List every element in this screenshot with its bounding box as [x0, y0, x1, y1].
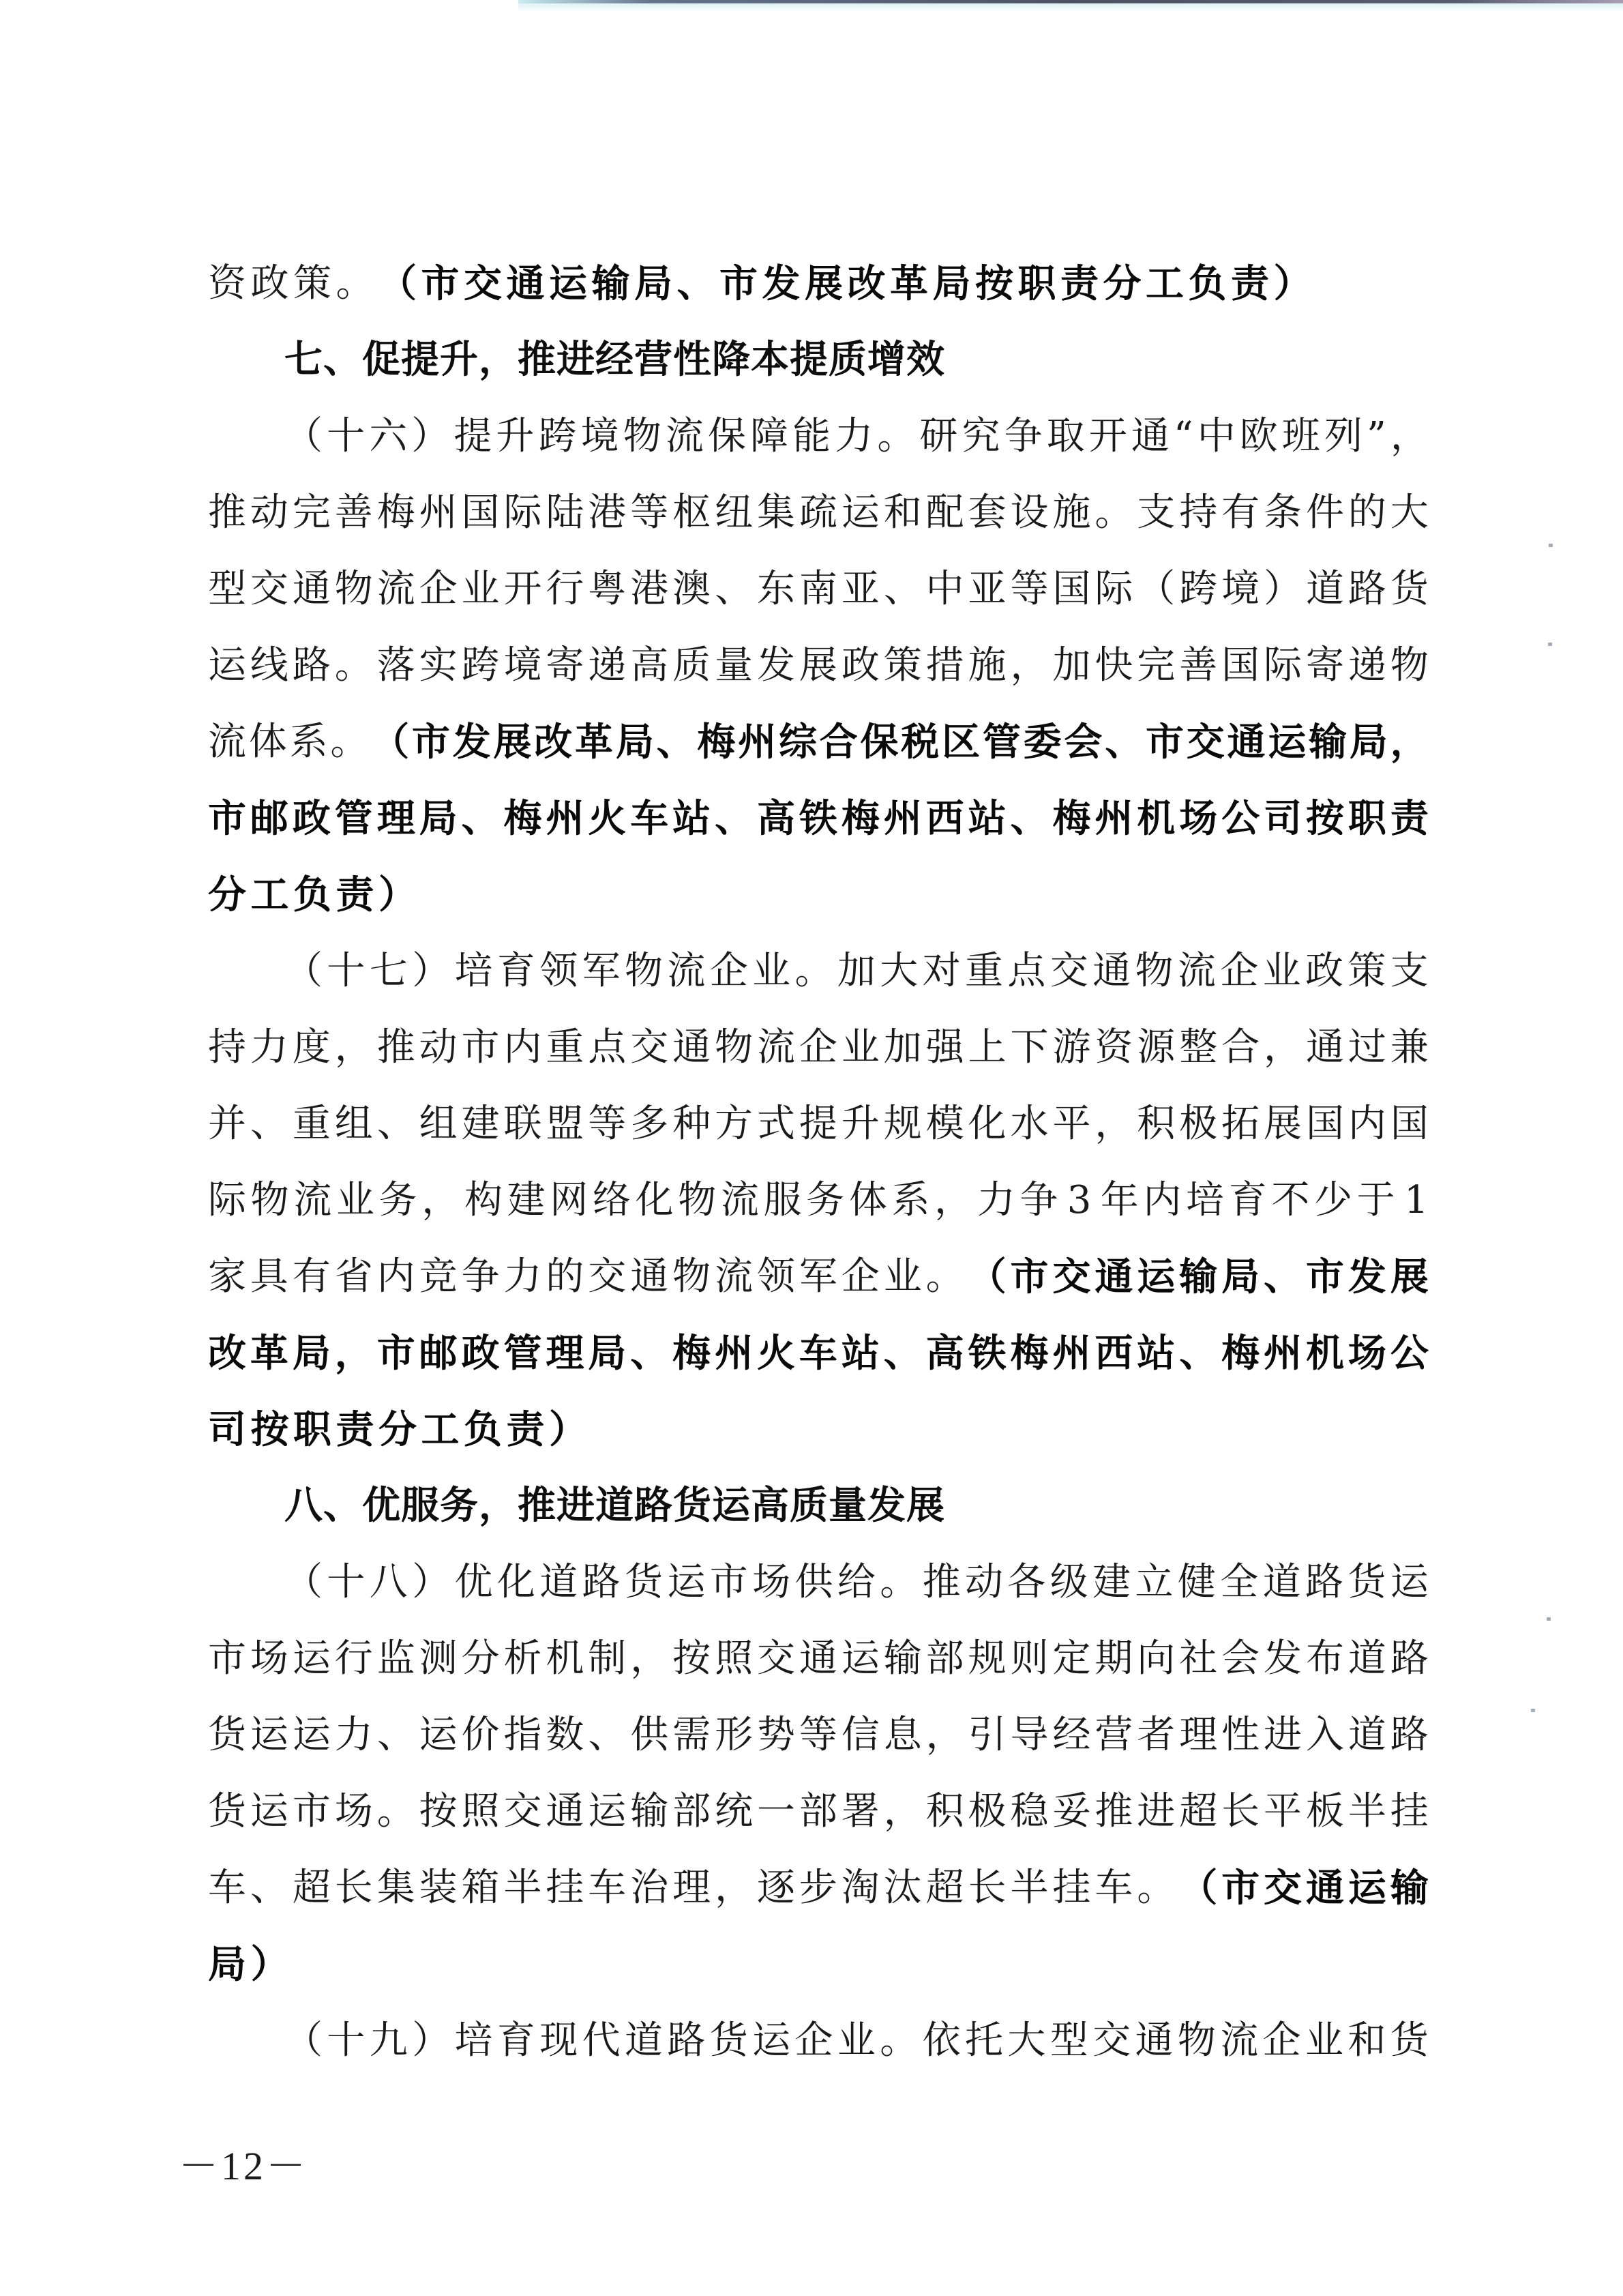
body-text: 对	[923, 933, 961, 1010]
responsible-departments-note: 通	[1227, 704, 1266, 780]
body-text: 内	[1143, 1162, 1181, 1239]
body-text: 陆	[546, 475, 584, 551]
body-text: 培	[455, 933, 493, 1010]
body-text: 寄	[1306, 628, 1344, 704]
body-text: 集	[377, 1850, 415, 1926]
responsible-departments-note: 铁	[968, 1315, 1007, 1392]
body-text: 入	[1306, 1697, 1344, 1773]
responsible-departments-note: （市交通运输局、市发展改革局按职责分工负责）	[378, 246, 1316, 322]
body-text: 超	[926, 1850, 964, 1926]
body-text: 组	[335, 1086, 373, 1162]
responsible-departments-note: 站	[968, 780, 1007, 857]
responsible-departments-note: 展	[493, 704, 531, 780]
body-text: 模	[926, 1086, 964, 1162]
body-text: 跨	[1179, 551, 1217, 628]
body-text: 指	[503, 1697, 541, 1773]
body-text: 、	[884, 551, 922, 628]
body-text: 逐	[757, 1850, 795, 1926]
responsible-departments-note: 政	[462, 1315, 500, 1392]
body-text: 拓	[1221, 1086, 1260, 1162]
body-text: 欧	[1240, 398, 1278, 475]
body-text: 给	[837, 1544, 876, 1621]
body-text: ）	[411, 398, 449, 475]
body-text: 布	[1306, 1621, 1344, 1697]
body-text: 推	[1095, 1773, 1133, 1850]
scan-speck	[1547, 1617, 1551, 1621]
body-text: 信	[842, 1697, 880, 1773]
body-text: 联	[503, 1086, 541, 1162]
body-text: 场	[250, 1621, 288, 1697]
body-text: 等	[588, 1086, 626, 1162]
paragraph-line: 家具有省内竞争力的交通物流领军企业。（市交通运输局、市发展	[208, 1239, 1429, 1315]
page-number: －12－	[179, 2134, 308, 2191]
body-text: 一	[757, 1773, 795, 1850]
body-text: 长	[335, 1850, 373, 1926]
body-text: 七	[370, 933, 408, 1010]
body-text: 全	[1220, 1544, 1258, 1621]
body-text: 提	[799, 1086, 837, 1162]
responsible-departments-note: 铁	[799, 780, 837, 857]
body-text: 套	[968, 475, 1007, 551]
body-text: 点	[1007, 933, 1045, 1010]
body-text: 企	[1220, 933, 1258, 1010]
responsible-departments-note: 局	[1350, 704, 1388, 780]
body-text: 运	[250, 1697, 288, 1773]
body-text: 争	[1004, 398, 1043, 475]
body-text: 的	[546, 1239, 584, 1315]
body-text: 企	[710, 933, 748, 1010]
body-text: 国	[1306, 1086, 1344, 1162]
body-text: 组	[419, 1086, 458, 1162]
body-text: 、	[377, 1086, 415, 1162]
body-text: 军	[799, 1239, 837, 1315]
body-text: 和	[884, 475, 922, 551]
body-text: 领	[539, 933, 578, 1010]
responsible-departments-note: 场	[1348, 1315, 1386, 1392]
body-text: 测	[419, 1621, 458, 1697]
responsible-departments-note: 、	[1264, 1239, 1302, 1315]
body-text: 兼	[1390, 1010, 1429, 1086]
body-text: ，	[335, 1010, 373, 1086]
responsible-departments-note: 改	[534, 704, 572, 780]
body-text: 通	[672, 1010, 711, 1086]
body-text: 流	[667, 933, 705, 1010]
body-text: 依	[923, 2003, 961, 2079]
body-text: 争	[462, 1239, 500, 1315]
responsible-departments-note: 市	[412, 704, 450, 780]
body-text: 下	[1011, 1010, 1049, 1086]
body-text: 盟	[546, 1086, 584, 1162]
body-text: 化	[636, 1162, 674, 1239]
body-text: 。	[377, 1773, 415, 1850]
body-text: 托	[965, 2003, 1003, 2079]
body-text: 代	[582, 2003, 621, 2079]
body-text: 市	[208, 1621, 246, 1697]
body-text: 流	[377, 551, 415, 628]
body-text: 监	[377, 1621, 415, 1697]
paragraph-line: 推动完善梅州国际陆港等枢纽集疏运和配套设施。支持有条件的大	[208, 475, 1429, 551]
body-text: 策	[1347, 933, 1386, 1010]
body-text: 量	[715, 628, 753, 704]
responsible-departments-note: 州	[546, 780, 584, 857]
responsible-departments-note: 梅	[672, 1315, 711, 1392]
body-text: 交	[1092, 2003, 1131, 2079]
responsible-departments-note: 职	[1348, 780, 1386, 857]
body-text: 十	[327, 933, 365, 1010]
body-text: 推	[923, 1544, 961, 1621]
body-text: 汰	[884, 1850, 922, 1926]
body-text: 极	[1179, 1086, 1217, 1162]
responsible-departments-note: 管	[335, 780, 373, 857]
body-text: 快	[1095, 628, 1133, 704]
body-text: 输	[630, 1773, 668, 1850]
body-text: 统	[715, 1773, 753, 1850]
responsible-departments-note: 展	[1390, 1239, 1429, 1315]
body-text: 行	[335, 1621, 373, 1697]
body-text: 完	[1137, 628, 1175, 704]
body-text: 进	[1137, 1773, 1175, 1850]
body-text: 有	[293, 1239, 331, 1315]
body-text: 亚	[842, 551, 880, 628]
body-text: 善	[1179, 628, 1217, 704]
responsible-departments-note: 输	[1309, 704, 1347, 780]
responsible-departments-note: 站	[672, 780, 711, 857]
body-text: 竞	[419, 1239, 458, 1315]
responsible-departments-note: 公	[1221, 780, 1260, 857]
body-text: 方	[715, 1086, 753, 1162]
responsible-departments-note: 输	[1179, 1239, 1217, 1315]
body-text: 并	[208, 1086, 246, 1162]
body-text: 力	[335, 1697, 373, 1773]
body-text: 通	[293, 551, 331, 628]
body-text: 疏	[799, 475, 837, 551]
body-text: 行	[546, 551, 584, 628]
body-text: 强	[926, 1010, 964, 1086]
body-text: 货	[208, 1697, 246, 1773]
responsible-departments-note: 局	[293, 1315, 331, 1392]
body-text: 货	[1347, 1544, 1386, 1621]
body-text: 部	[672, 1773, 711, 1850]
body-text: 发	[1264, 1621, 1302, 1697]
paragraph-line: 运线路。落实跨境寄递高质量发展政策措施，加快完善国际寄递物	[208, 628, 1429, 704]
body-text: 超	[1179, 1773, 1217, 1850]
body-text: 按	[672, 1621, 711, 1697]
body-text: 系	[892, 1162, 930, 1239]
body-text: 式	[757, 1086, 795, 1162]
responsible-departments-note: 、	[715, 780, 753, 857]
responsible-departments-note: 司	[1264, 780, 1302, 857]
body-text: 多	[630, 1086, 668, 1162]
body-text: 上	[968, 1010, 1007, 1086]
body-text: 资	[1095, 1010, 1133, 1086]
body-text: 开	[1089, 398, 1127, 475]
body-text: 持	[1179, 475, 1217, 551]
body-text: 障	[750, 398, 788, 475]
body-text: 寄	[546, 628, 584, 704]
body-text: 长	[968, 1850, 1007, 1926]
body-text: 道	[1348, 1697, 1386, 1773]
body-text: 业	[336, 1162, 374, 1239]
responsible-departments-note: 委	[1024, 704, 1062, 780]
body-text: 建	[507, 1162, 546, 1239]
body-text: 路	[1390, 1621, 1429, 1697]
body-text: 。	[330, 704, 368, 780]
body-text: ）	[412, 933, 450, 1010]
responsible-departments-note: 司按职责分工负责）	[208, 1392, 592, 1468]
body-text: 水	[1011, 1086, 1049, 1162]
body-text: 展	[799, 628, 837, 704]
body-text: 半	[503, 1850, 541, 1926]
body-text: 家	[208, 1239, 246, 1315]
body-text: 期	[1095, 1621, 1133, 1697]
body-text: 运	[208, 628, 246, 704]
body-text: 。	[795, 933, 833, 1010]
body-text: 流	[721, 1162, 759, 1239]
body-text: 有	[1221, 475, 1260, 551]
body-text: ，	[1095, 1086, 1133, 1162]
responsible-departments-note: 市	[208, 780, 246, 857]
body-text: ，	[1390, 398, 1429, 475]
body-text: 物	[1135, 933, 1174, 1010]
body-text: 引	[968, 1697, 1007, 1773]
body-text: ，	[934, 1162, 972, 1239]
body-text: 通	[630, 1239, 668, 1315]
scan-speck	[1549, 544, 1553, 547]
body-text: 施	[968, 628, 1007, 704]
body-text: 务	[806, 1162, 844, 1239]
body-text: 年	[1101, 1162, 1139, 1239]
responsible-departments-note: 市	[1011, 1239, 1049, 1315]
responsible-departments-note: 政	[293, 780, 331, 857]
body-text: 场	[335, 1773, 373, 1850]
body-text: 货	[1390, 551, 1429, 628]
body-text: 务	[379, 1162, 417, 1239]
responsible-departments-note: 梅	[1052, 780, 1090, 857]
body-text: 服	[764, 1162, 802, 1239]
body-text: 育	[497, 933, 535, 1010]
responsible-departments-note: 、	[657, 704, 695, 780]
body-text: 流	[715, 1239, 753, 1315]
body-text: 配	[926, 475, 964, 551]
responsible-departments-note: 发	[1348, 1239, 1386, 1315]
body-text: 持	[208, 1010, 246, 1086]
body-text: 型	[1050, 2003, 1088, 2079]
body-text: 流	[666, 398, 704, 475]
responsible-departments-note: 邮	[250, 780, 288, 857]
responsible-departments-note: 交	[1052, 1239, 1090, 1315]
body-text: 等	[1011, 551, 1049, 628]
body-text: 亚	[968, 551, 1007, 628]
body-text: 、	[250, 1086, 288, 1162]
body-text: 游	[1052, 1010, 1090, 1086]
body-text: 际	[1264, 628, 1302, 704]
body-text: 交	[250, 551, 288, 628]
body-text: 培	[455, 2003, 493, 2079]
responsible-departments-note: 市	[1221, 1850, 1260, 1926]
body-text: 九	[370, 2003, 408, 2079]
body-text: 高	[630, 628, 668, 704]
body-text: 加	[884, 1010, 922, 1086]
body-text: 等	[799, 1697, 837, 1773]
paragraph-line: 分工负责）	[208, 857, 1429, 933]
responsible-departments-note: 交	[1264, 1850, 1302, 1926]
body-text: 粤	[588, 551, 626, 628]
body-text: 善	[335, 475, 373, 551]
paragraph-line: 并、重组、组建联盟等多种方式提升规模化水平，积极拓展国内国	[208, 1086, 1429, 1162]
body-text: 市	[710, 1544, 748, 1621]
section-heading: 七、促提升，推进经营性降本提质增效	[208, 322, 1429, 398]
responsible-departments-note: 局	[419, 780, 458, 857]
body-text: 实	[419, 628, 458, 704]
body-text: 过	[1348, 1010, 1386, 1086]
body-text: 路	[667, 2003, 705, 2079]
body-text: 加	[837, 933, 876, 1010]
body-text: 箱	[462, 1850, 500, 1926]
body-text: 育	[497, 2003, 535, 2079]
body-text: 超	[293, 1850, 331, 1926]
body-text: 道	[1263, 1544, 1301, 1621]
body-text: 运	[588, 1773, 626, 1850]
body-text: 中	[1197, 398, 1236, 475]
body-text: 列	[1324, 398, 1363, 475]
responsible-departments-note: 州	[1264, 1315, 1302, 1392]
body-text: 形	[715, 1697, 753, 1773]
responsible-departments-note: 机	[1137, 780, 1175, 857]
responsible-departments-note: 区	[942, 704, 980, 780]
body-text: 路	[1390, 1697, 1429, 1773]
body-text: 递	[1348, 628, 1386, 704]
body-text: 经	[1052, 1697, 1090, 1773]
body-text: 息	[884, 1697, 922, 1773]
body-text: 育	[1229, 1162, 1267, 1239]
body-text: 通	[1135, 2003, 1174, 2079]
body-text: 力	[977, 1162, 1015, 1239]
body-text: 、	[250, 1850, 288, 1926]
body-text: 向	[1137, 1621, 1175, 1697]
body-text: 1	[1404, 1162, 1429, 1239]
body-text: 极	[968, 1773, 1007, 1850]
body-text: 推	[208, 475, 246, 551]
body-text: 际	[503, 475, 541, 551]
body-text: 资政策。	[208, 246, 378, 322]
body-text: 规	[968, 1621, 1007, 1697]
responsible-departments-note: 管	[983, 704, 1021, 780]
body-text: 内	[1348, 1086, 1386, 1162]
responsible-departments-note: 西	[926, 780, 964, 857]
body-text: 道	[539, 1544, 578, 1621]
body-text: 升	[496, 398, 534, 475]
paragraph-line: 市场运行监测分析机制，按照交通运输部规则定期向社会发布道路	[208, 1621, 1429, 1697]
responsible-departments-note: 、	[884, 1315, 922, 1392]
body-text: 十	[327, 398, 365, 475]
body-text: 交	[630, 1010, 668, 1086]
responsible-departments-note: 、	[1179, 1315, 1217, 1392]
body-text: 络	[593, 1162, 631, 1239]
responsible-departments-note: 革	[575, 704, 613, 780]
body-text: 通	[1131, 398, 1170, 475]
body-text: 境	[581, 398, 619, 475]
body-text: 等	[630, 475, 668, 551]
body-text: 具	[250, 1239, 288, 1315]
responsible-departments-note: 梅	[1011, 1315, 1049, 1392]
responsible-departments-note: 梅	[842, 780, 880, 857]
body-text: （	[284, 933, 323, 1010]
body-text: 研	[919, 398, 957, 475]
responsible-departments-note: 西	[1095, 1315, 1133, 1392]
body-text: （	[284, 1544, 323, 1621]
body-text: 运	[667, 1544, 705, 1621]
responsible-departments-note: 火	[588, 780, 626, 857]
body-text: 取	[1047, 398, 1085, 475]
body-text: 物	[672, 1239, 711, 1315]
body-text: 国	[462, 475, 500, 551]
body-text: 际	[208, 1162, 246, 1239]
body-text: ”	[1367, 398, 1386, 475]
body-text: 跨	[462, 628, 500, 704]
body-text: 件	[1306, 475, 1344, 551]
responsible-departments-note: 市	[377, 1315, 415, 1392]
body-text: 进	[1264, 1697, 1302, 1773]
body-text: 业	[884, 1239, 922, 1315]
body-text: 路	[293, 628, 331, 704]
body-text: 交	[588, 1239, 626, 1315]
paragraph-line: 改革局，市邮政管理局、梅州火车站、高铁梅州西站、梅州机场公	[208, 1315, 1429, 1392]
body-text: 车	[1095, 1850, 1133, 1926]
responsible-departments-note: 州	[1052, 1315, 1090, 1392]
body-text: 系	[290, 704, 328, 780]
body-text: 物	[1390, 628, 1429, 704]
body-text: 车	[208, 1850, 246, 1926]
body-text: 十	[327, 1544, 365, 1621]
body-text: 交	[503, 1773, 541, 1850]
body-text: 长	[1221, 1773, 1260, 1850]
responsible-departments-note: 、	[1105, 704, 1143, 780]
body-text: 国	[1221, 628, 1260, 704]
body-text: 货	[208, 1773, 246, 1850]
responsible-departments-note: 理	[377, 780, 415, 857]
body-text: 港	[588, 475, 626, 551]
responsible-departments-note: 局	[1221, 1239, 1260, 1315]
body-text: 运	[752, 2003, 790, 2079]
body-text: 内	[503, 1010, 541, 1086]
responsible-departments-note: 公	[1390, 1315, 1429, 1392]
body-text: 道	[1306, 551, 1344, 628]
body-text: 展	[1264, 1086, 1302, 1162]
body-text: 会	[1221, 1621, 1260, 1697]
body-text: 重	[546, 1010, 584, 1086]
body-text: ，	[1011, 628, 1049, 704]
paragraph-first-line: （十七）培育领军物流企业。加大对重点交通物流企业政策支	[208, 933, 1429, 1010]
body-text: 究	[962, 398, 1000, 475]
responsible-departments-note: 机	[1306, 1315, 1344, 1392]
body-text: 企	[799, 1010, 837, 1086]
body-text: 澳	[672, 551, 711, 628]
body-text: 动	[419, 1010, 458, 1086]
body-text: 企	[795, 2003, 833, 2079]
body-text: 枢	[672, 475, 711, 551]
body-text: 。	[877, 398, 915, 475]
body-text: 分	[462, 1621, 500, 1697]
responsible-departments-note: 局	[588, 1315, 626, 1392]
body-text: 步	[799, 1850, 837, 1926]
body-text: 化	[968, 1086, 1007, 1162]
responsible-departments-note: 责	[1390, 780, 1429, 857]
responsible-departments-note: （	[1179, 1850, 1217, 1926]
body-text: 动	[965, 1544, 1003, 1621]
responsible-departments-note: 运	[1268, 704, 1306, 780]
body-text: 货	[625, 1544, 663, 1621]
responsible-departments-note: 车	[630, 780, 668, 857]
